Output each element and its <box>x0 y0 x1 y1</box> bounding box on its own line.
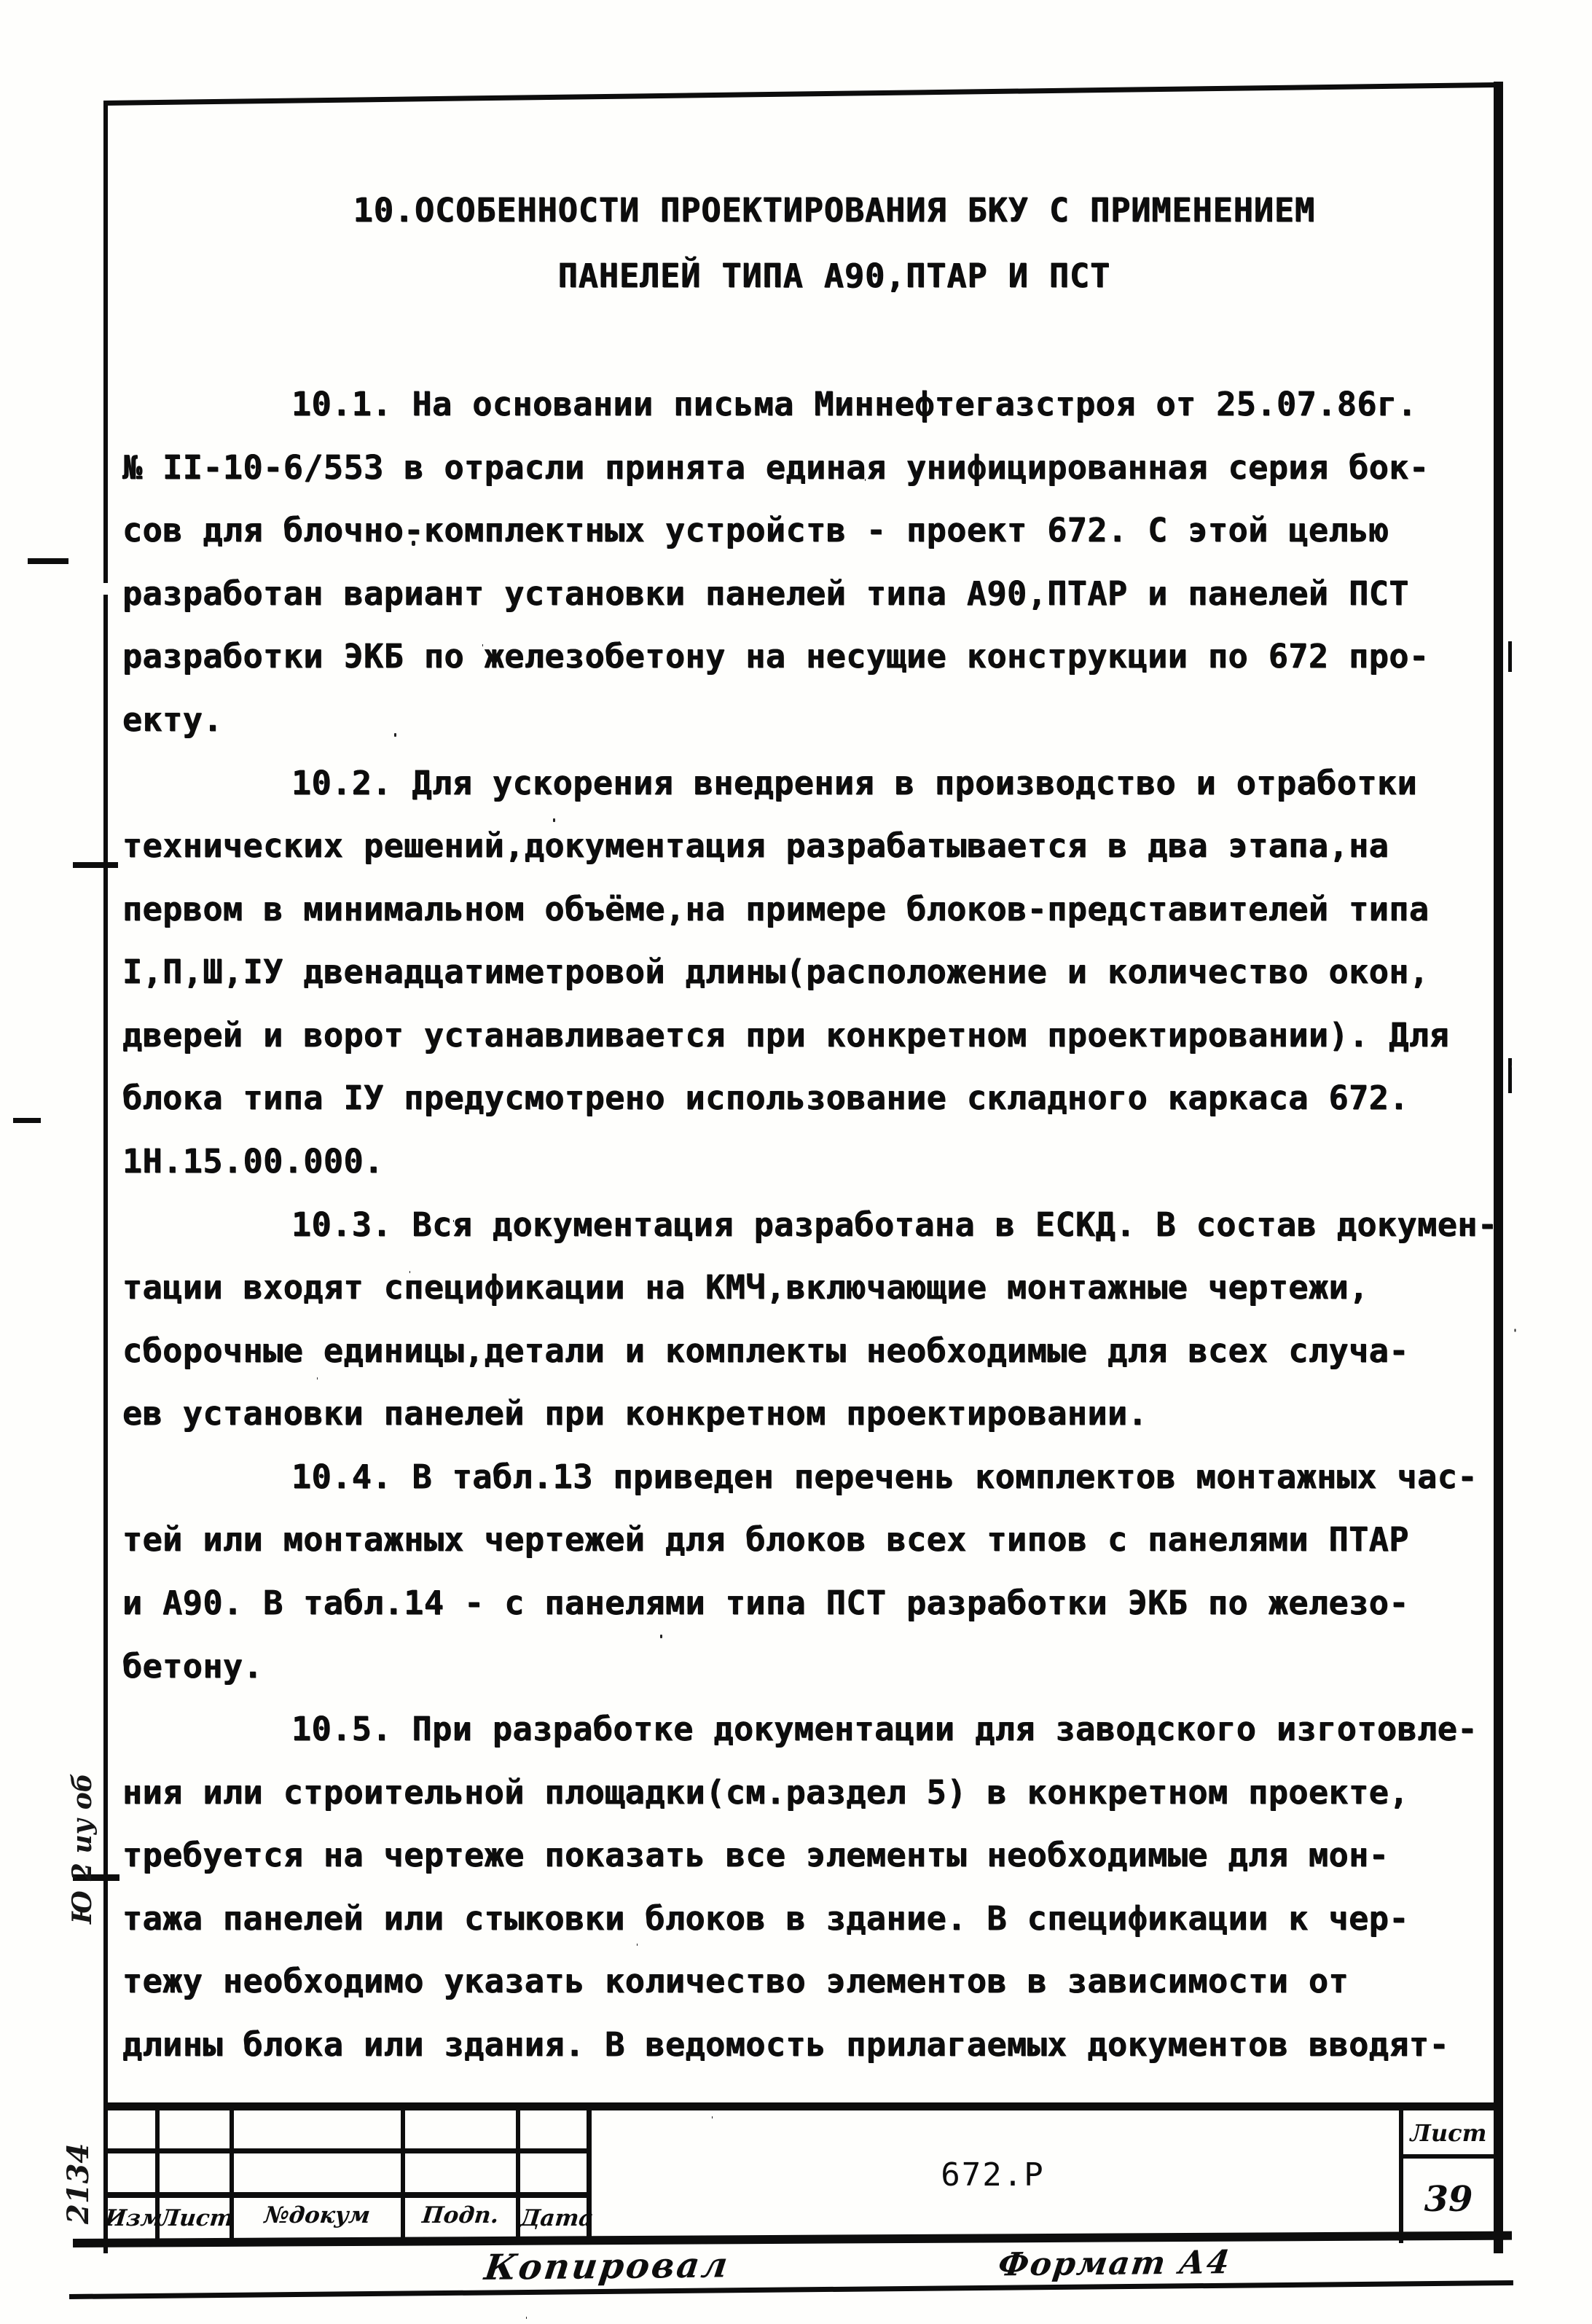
text-line: I,П,Ш,IУ двенадцатиметровой длины(распол… <box>122 952 1478 1011</box>
titleblock-col-izm: Изм <box>103 2205 157 2231</box>
text-line: екту. <box>122 700 1478 759</box>
margin-tick <box>28 558 68 564</box>
text-line: разработки ЭКБ по железобетону на несущи… <box>122 637 1478 695</box>
margin-tick <box>73 862 118 868</box>
text-line: блока типа IУ предусмотрено использовани… <box>122 1079 1478 1137</box>
sheet-number: 39 <box>1403 2159 1494 2240</box>
text-line: дверей и ворот устанавливается при конкр… <box>122 1016 1478 1074</box>
text-line: сборочные единицы,детали и комплекты нео… <box>122 1331 1478 1390</box>
titleblock-col-data: Дата <box>519 2205 588 2231</box>
text-line: 1Н.15.00.000. <box>122 1142 1478 1200</box>
text-line: разработан вариант установки панелей тип… <box>122 574 1478 633</box>
text-line: длины блока или здания. В ведомость прил… <box>122 2025 1478 2084</box>
titleblock-col-list: Лист <box>158 2205 231 2231</box>
text-line: технических решений,документация разраба… <box>122 826 1478 885</box>
text-line: № II-10-6/553 в отрасли принята единая у… <box>122 448 1478 506</box>
text-line: требуется на чертеже показать все элемен… <box>122 1836 1478 1894</box>
margin-inventory-note: Ю 2 иу об <box>67 1773 98 1924</box>
text-line: 10.5. При разработке документации для за… <box>122 1710 1592 1768</box>
text-line: тации входят спецификации на КМЧ,включаю… <box>122 1268 1478 1326</box>
section-heading-line-2: ПАНЕЛЕЙ ТИПА А90,ПТАР И ПСТ <box>124 257 1545 295</box>
text-line: ния или строительной площадки(см.раздел … <box>122 1773 1478 1831</box>
frame-top-border <box>103 82 1502 106</box>
titleblock-col-dokum: №докум <box>232 2202 402 2229</box>
revision-table-row-line <box>103 2192 592 2198</box>
margin-tick <box>1508 641 1512 672</box>
text-line: 10.1. На основании письма Миннефтегазстр… <box>122 385 1592 443</box>
section-heading-line-1: 10.ОСОБЕННОСТИ ПРОЕКТИРОВАНИЯ БКУ С ПРИМ… <box>124 191 1545 230</box>
frame-left-border <box>103 102 108 2253</box>
text-line: сов для блочно-комплектных устройств - п… <box>122 511 1478 569</box>
text-line: и А90. В табл.14 - с панелями типа ПСТ р… <box>122 1584 1478 1642</box>
text-line: тей или монтажных чертежей для блоков вс… <box>122 1520 1478 1578</box>
text-line: 10.3. Вся документация разработана в ЕСК… <box>122 1205 1592 1264</box>
text-line: тажа панелей или стыковки блоков в здани… <box>122 1899 1478 1957</box>
frame-left-border-gap <box>101 583 111 595</box>
document-number: 672.Р <box>587 2106 1399 2243</box>
scan-noise <box>412 541 415 546</box>
text-line: бетону. <box>122 1647 1478 1705</box>
text-line: первом в минимальном объёме,на примере б… <box>122 890 1478 948</box>
titleblock-col-podp: Подп. <box>404 2202 517 2229</box>
margin-tick <box>13 1118 41 1123</box>
text-line: 10.4. В табл.13 приведен перечень компле… <box>122 1458 1592 1516</box>
format-label: Формат А4 <box>996 2244 1233 2283</box>
scanned-document-page: 10.ОСОБЕННОСТИ ПРОЕКТИРОВАНИЯ БКУ С ПРИМ… <box>0 0 1592 2324</box>
revision-table-row-line <box>103 2148 592 2153</box>
text-line: ев установки панелей при конкретном прое… <box>122 1394 1478 1452</box>
text-line: 10.2. Для ускорения внедрения в производ… <box>122 764 1592 822</box>
copied-by-label: Копировал <box>482 2245 732 2288</box>
margin-tick <box>1508 1058 1512 1093</box>
sheet-label: Лист <box>1403 2110 1494 2156</box>
text-line: тежу необходимо указать количество элеме… <box>122 1962 1478 2020</box>
margin-inventory-number: 2134 <box>61 2143 95 2224</box>
